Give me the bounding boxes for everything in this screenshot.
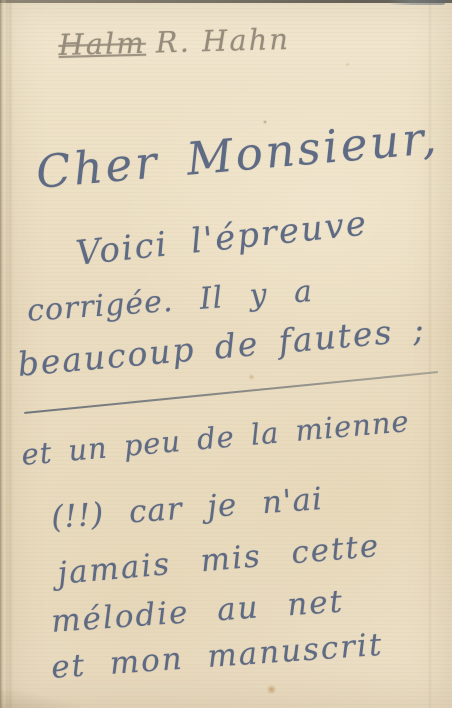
- letter-page: HalmR. Hahn Cher Monsieur, Voici l'épreu…: [0, 0, 452, 708]
- foxing-spot: [266, 685, 277, 694]
- left-crease: [9, 0, 12, 708]
- annotation-author-name: R. Hahn: [155, 22, 290, 60]
- letter-line-6: (!!) car je n'ai: [50, 481, 324, 536]
- ink-speck: [263, 120, 267, 124]
- letter-line-salutation: Cher Monsieur,: [34, 111, 441, 199]
- letter-line-7: jamais mis cette: [56, 528, 382, 592]
- letter-line-2: Voici l'épreuve: [74, 203, 370, 273]
- foxing-spot: [248, 374, 255, 380]
- scan-top-edge: [0, 0, 452, 3]
- pencil-annotation: HalmR. Hahn: [58, 22, 290, 62]
- foxing-spot: [345, 62, 350, 67]
- letter-line-5: et un peu de la mienne: [20, 404, 411, 472]
- letter-line-3: corrigée. Il y a: [26, 274, 314, 329]
- right-fold-crease: [428, 0, 432, 708]
- scan-corner-smudge: [388, 0, 446, 5]
- annotation-struck-word: Halm: [58, 26, 146, 62]
- bottom-corner-shadow: [0, 690, 80, 708]
